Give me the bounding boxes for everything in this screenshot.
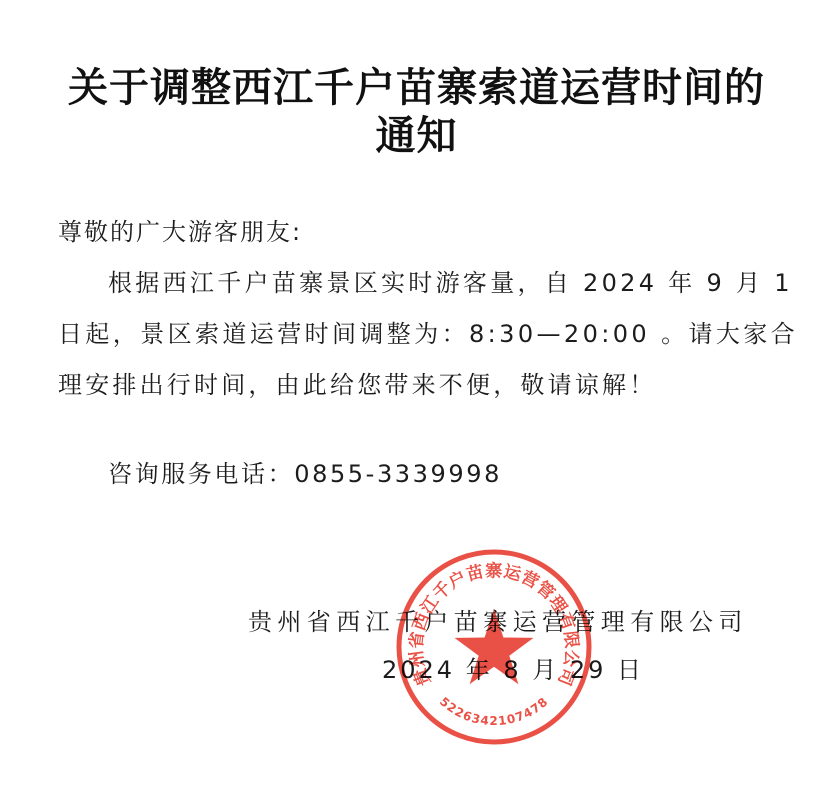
seal-code: 5226342107478 [437, 694, 551, 728]
official-seal: 贵州省西江千户苗寨运营管理有限公司 5226342107478 [394, 547, 594, 747]
body-line-2: 日起，景区索道运营时间调整为：8:30—20:00 。请大家合 [58, 322, 798, 346]
body-line-3: 理安排出行时间，由此给您带来不便，敬请谅解！ [58, 373, 656, 397]
notice-document: 关于调整西江千户苗寨索道运营时间的 通知 尊敬的广大游客朋友: 根据西江千户苗寨… [0, 0, 833, 806]
salutation: 尊敬的广大游客朋友: [58, 220, 302, 244]
hotline: 咨询服务电话：0855-3339998 [108, 462, 502, 486]
notice-title-line-2: 通知 [0, 116, 833, 156]
notice-title-line-1: 关于调整西江千户苗寨索道运营时间的 [0, 68, 833, 108]
body-line-1: 根据西江千户苗寨景区实时游客量，自 2024 年 9 月 1 [108, 271, 793, 295]
star-icon [455, 609, 534, 684]
